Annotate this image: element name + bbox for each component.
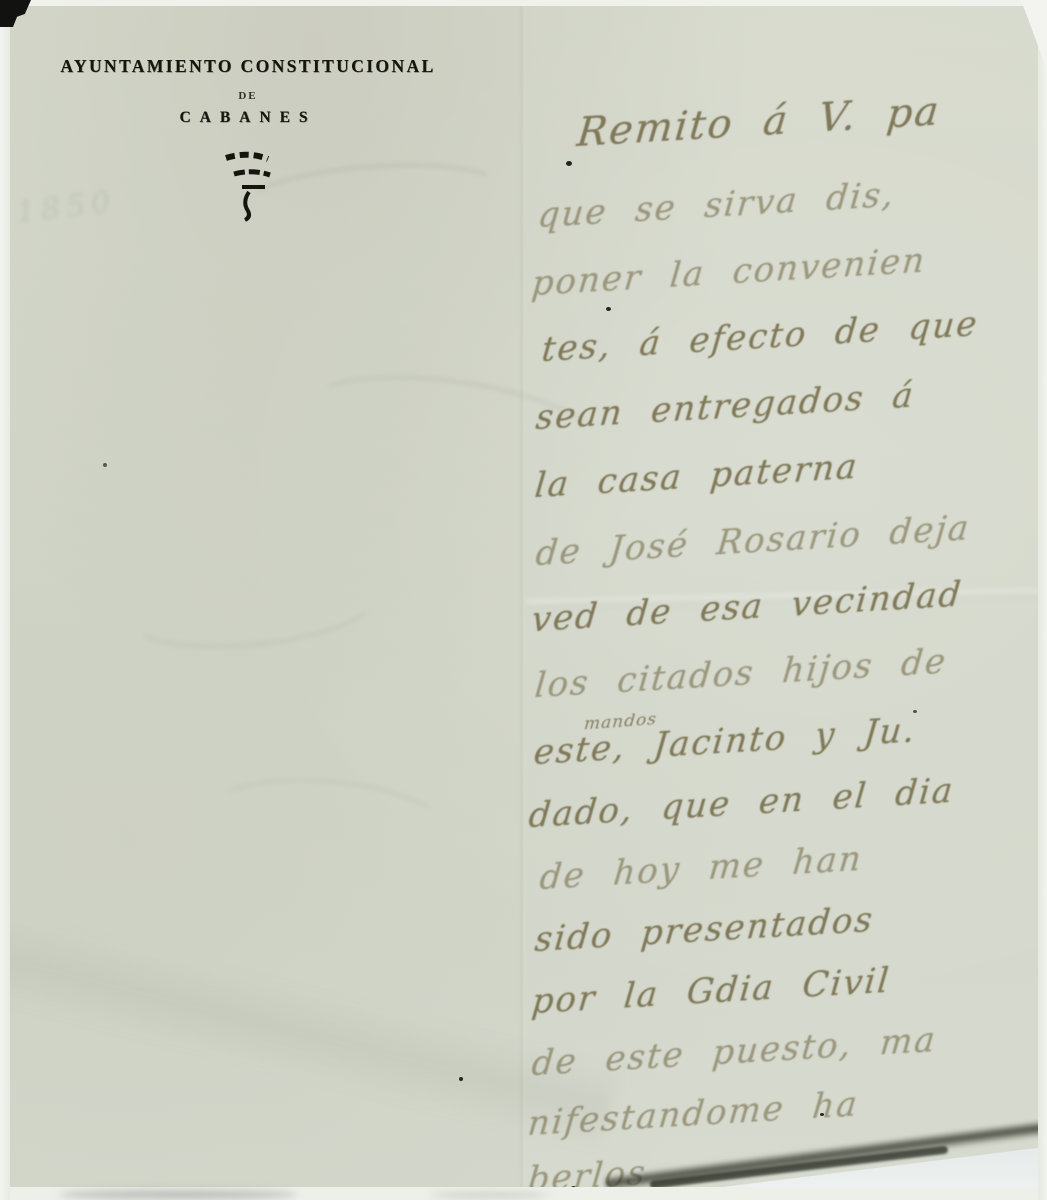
handwritten-line: de José Rosario deja xyxy=(534,508,972,574)
handwritten-line: tes, á efecto de que xyxy=(540,304,980,370)
ink-speck xyxy=(913,710,917,713)
handwritten-line: de hoy me han xyxy=(538,839,865,898)
scanned-letter-page: 1850 AYUNTAMIENTO CONSTITUCIONAL DE CABA… xyxy=(0,0,1047,1200)
handwritten-line: por la Gdia Civil xyxy=(530,960,892,1022)
scan-edge-right xyxy=(1038,0,1047,1200)
vertical-fold-line xyxy=(521,0,525,1200)
handwritten-line: sean entregados á xyxy=(534,375,917,438)
handwritten-line: de este puesto, ma xyxy=(530,1020,939,1084)
handwritten-line: dado, que en el dia xyxy=(527,770,956,836)
letterhead-line3: CABANES xyxy=(55,109,441,127)
scan-edge-left xyxy=(0,0,10,1200)
ink-speck xyxy=(103,463,107,467)
ink-speck xyxy=(459,1077,463,1081)
handwritten-line: Remito á V. pa xyxy=(575,88,943,156)
scan-edge-top xyxy=(0,0,1047,6)
ink-speck xyxy=(606,307,611,311)
handwritten-line: los citados hijos de xyxy=(533,641,949,706)
ink-speck xyxy=(566,161,572,166)
handwritten-line: poner la convenien xyxy=(530,240,928,304)
rubric-flourish-icon xyxy=(212,150,292,222)
handwritten-line: sido presentados xyxy=(533,900,876,960)
handwritten-line: que se sirva dis, xyxy=(536,174,897,236)
letterhead-line2: DE xyxy=(55,90,441,102)
letterhead-line1: AYUNTAMIENTO CONSTITUCIONAL xyxy=(55,56,441,77)
ink-speck xyxy=(820,1113,824,1116)
scan-edge-smudge xyxy=(430,1192,550,1198)
handwritten-line: ved de esa vecindad xyxy=(530,574,964,640)
letterhead: AYUNTAMIENTO CONSTITUCIONAL DE CABANES xyxy=(55,56,441,127)
scan-edge-smudge xyxy=(58,1190,298,1199)
